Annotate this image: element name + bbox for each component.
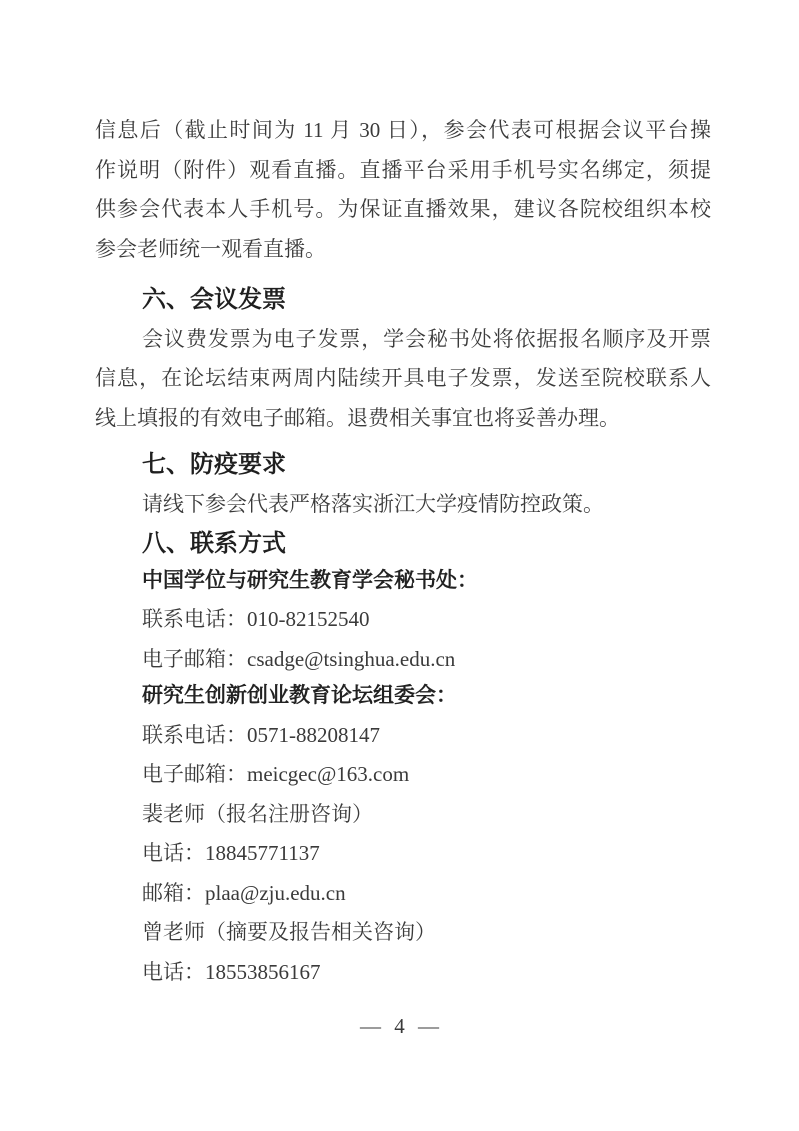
section-heading-invoice: 六、会议发票	[95, 280, 711, 320]
invoice-paragraph: 会议费发票为电子发票，学会秘书处将依据报名顺序及开票 信息，在论坛结束两周内陆续…	[95, 320, 711, 439]
contact-group-secretariat: 中国学位与研究生教育学会秘书处： 联系电话：010-82152540 电子邮箱：…	[95, 561, 711, 680]
epidemic-paragraph: 请线下参会代表严格落实浙江大学疫情防控政策。	[95, 485, 711, 525]
text-line: 作说明（附件）观看直播。直播平台采用手机号实名绑定，须提	[95, 151, 711, 191]
contact-email-line: 邮箱：plaa@zju.edu.cn	[95, 874, 711, 914]
contact-group-title: 中国学位与研究生教育学会秘书处：	[95, 561, 711, 601]
contact-phone-line: 联系电话：010-82152540	[95, 600, 711, 640]
contact-group-committee: 研究生创新创业教育论坛组委会： 联系电话：0571-88208147 电子邮箱：…	[95, 676, 711, 992]
section-heading-epidemic: 七、防疫要求	[95, 445, 711, 485]
text-line: 线上填报的有效电子邮箱。退费相关事宜也将妥善办理。	[95, 399, 711, 439]
text-line: 请线下参会代表严格落实浙江大学疫情防控政策。	[95, 485, 711, 525]
text-line: 参会老师统一观看直播。	[95, 230, 711, 270]
contact-email-line: 电子邮箱：csadge@tsinghua.edu.cn	[95, 640, 711, 680]
contact-person-line: 曾老师（摘要及报告相关咨询）	[95, 913, 711, 953]
intro-paragraph: 信息后（截止时间为 11 月 30 日），参会代表可根据会议平台操 作说明（附件…	[95, 111, 711, 269]
contact-phone-line: 电话：18553856167	[95, 953, 711, 993]
section-heading-contact: 八、联系方式	[95, 524, 711, 564]
text-line: 信息后（截止时间为 11 月 30 日），参会代表可根据会议平台操	[95, 111, 711, 151]
text-line: 会议费发票为电子发票，学会秘书处将依据报名顺序及开票	[95, 320, 711, 360]
contact-person-line: 裴老师（报名注册咨询）	[95, 795, 711, 835]
document-page: 信息后（截止时间为 11 月 30 日），参会代表可根据会议平台操 作说明（附件…	[0, 0, 799, 1131]
page-number: — 4 —	[0, 1014, 799, 1038]
text-line: 供参会代表本人手机号。为保证直播效果，建议各院校组织本校	[95, 190, 711, 230]
contact-phone-line: 电话：18845771137	[95, 834, 711, 874]
contact-group-title: 研究生创新创业教育论坛组委会：	[95, 676, 711, 716]
text-line: 信息，在论坛结束两周内陆续开具电子发票，发送至院校联系人	[95, 359, 711, 399]
contact-email-line: 电子邮箱：meicgec@163.com	[95, 755, 711, 795]
contact-phone-line: 联系电话：0571-88208147	[95, 716, 711, 756]
document-body: 信息后（截止时间为 11 月 30 日），参会代表可根据会议平台操 作说明（附件…	[95, 111, 711, 992]
